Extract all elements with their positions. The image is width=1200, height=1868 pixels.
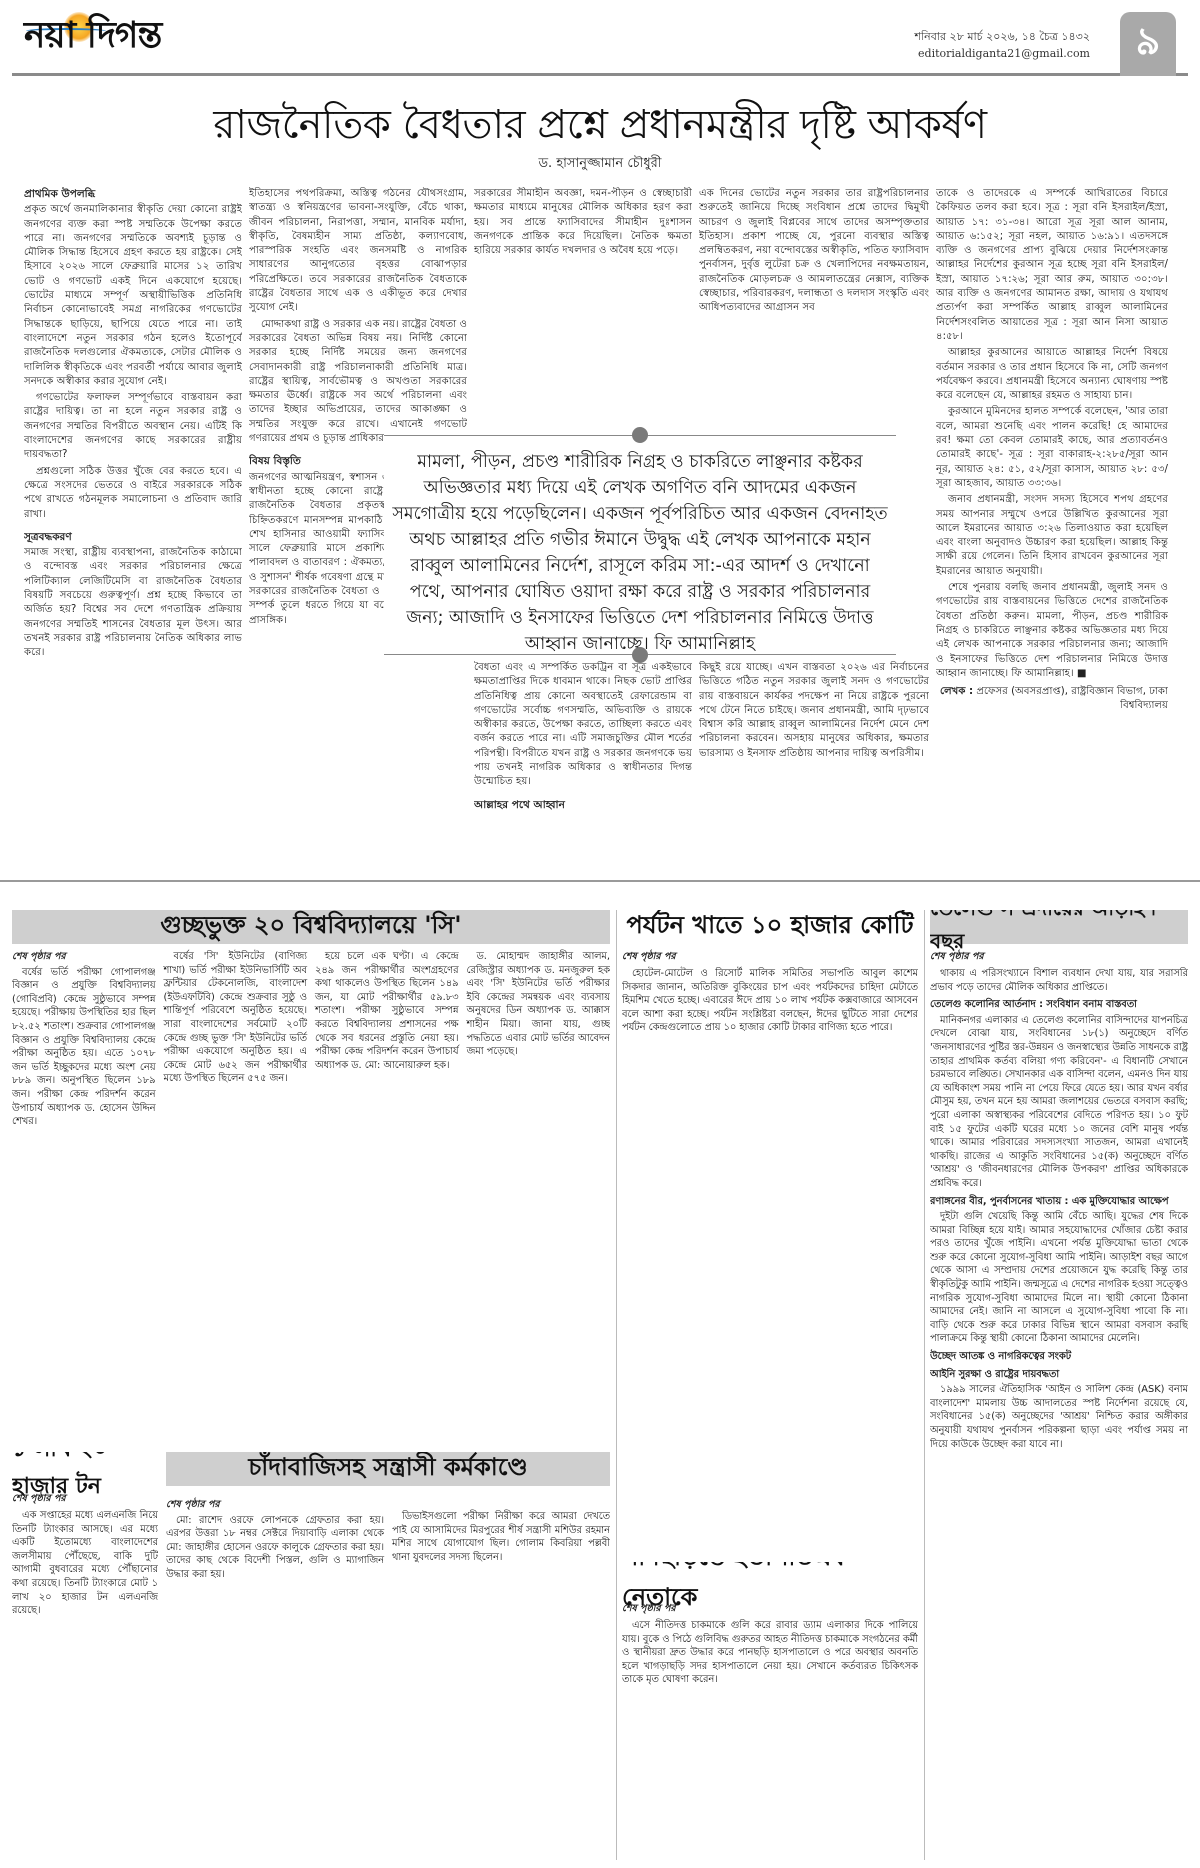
section-heading: সূত্রবদ্ধকরণ (24, 530, 242, 544)
article-column-3-top: সরকারের সীমাহীন অবজ্ঞা, দমন-পীড়ন ও স্বে… (474, 187, 692, 417)
story-telugu[interactable]: তেলেগু সম্প্রদায়ের আড়াইশ বছর শেষ পৃষ্ঠ… (930, 910, 1188, 1850)
pull-quote-text: মামলা, পীড়ন, প্রচণ্ড শারীরিক নিগ্রহ ও চ… (390, 449, 890, 657)
newspaper-page: নয়া দিগন্ত শনিবার ২৮ মার্চ ২০২৬, ১৪ চৈত… (0, 0, 1200, 1868)
main-article: প্রাথমিক উপলব্ধি প্রকৃত অর্থে জনমালিকানা… (12, 187, 1188, 922)
article-headline: রাজনৈতিক বৈধতার প্রশ্নে প্রধানমন্ত্রীর দ… (12, 100, 1188, 150)
story-updf[interactable]: পানছড়িতে ইউপিডিএফ নেতাকে শেষ পৃষ্ঠার পর… (622, 1562, 918, 1862)
bullet-dot-icon (632, 427, 648, 443)
story-headline: গুচ্ছভুক্ত ২০ বিশ্ববিদ্যালয়ে 'সি' (12, 910, 610, 944)
continued-label: শেষ পৃষ্ঠার পর (622, 950, 918, 965)
story-subheading: তেলেগু কলোনির আর্তনাদ : সংবিধান বনাম বাস… (930, 998, 1188, 1012)
newspaper-logo[interactable]: নয়া দিগন্ত (24, 18, 161, 54)
story-headline: ১ লাখ ২০ হাজার টন (12, 1452, 158, 1486)
issue-date: শনিবার ২৮ মার্চ ২০২৬, ১৪ চৈত্র ১৪৩২ (914, 28, 1090, 45)
story-headline: পর্যটন খাতে ১০ হাজার কোটি (622, 910, 918, 944)
section-heading: আল্লাহর পথে আহ্বান (474, 798, 692, 812)
story-universities[interactable]: গুচ্ছভুক্ত ২০ বিশ্ববিদ্যালয়ে 'সি' শেষ প… (12, 910, 610, 1440)
author-note: লেখক : প্রফেসর (অবসরপ্রাপ্ত), রাষ্ট্রবিজ… (936, 685, 1168, 714)
editorial-email[interactable]: editorialdiganta21@gmail.com (914, 45, 1090, 62)
pull-quote: মামলা, পীড়ন, প্রচণ্ড শারীরিক নিগ্রহ ও চ… (384, 427, 896, 659)
article-column-4-top: এক দিনের ভোটের নতুন সরকার তার রাষ্ট্রপরি… (699, 187, 929, 417)
column-divider (924, 910, 925, 1860)
column-divider (616, 910, 617, 1860)
story-headline: পানছড়িতে ইউপিডিএফ নেতাকে (622, 1562, 918, 1596)
story-extortion[interactable]: চাঁদাবাজিসহ সন্ত্রাসী কর্মকাণ্ডে শেষ পৃষ… (166, 1452, 610, 1868)
story-subheading: রণাঙ্গনের বীর, পুনর্বাসনের খাতায় : এক ম… (930, 1195, 1188, 1209)
article-column-5: তাকে ও তাদেরকে এ সম্পর্কে আখিরাতের বিচার… (936, 187, 1168, 922)
section-heading: প্রাথমিক উপলব্ধি (24, 187, 242, 201)
story-headline: তেলেগু সম্প্রদায়ের আড়াইশ বছর (930, 910, 1188, 944)
story-tourism[interactable]: পর্যটন খাতে ১০ হাজার কোটি শেষ পৃষ্ঠার পর… (622, 910, 918, 1550)
issue-meta: শনিবার ২৮ মার্চ ২০২৬, ১৪ চৈত্র ১৪৩২ edit… (914, 28, 1090, 62)
story-subheading: উচ্ছেদ আতঙ্ক ও নাগরিকত্বের সংকট (930, 1350, 1188, 1364)
page-number-badge: ৯ (1120, 12, 1176, 76)
continued-label: শেষ পৃষ্ঠার পর (12, 950, 156, 964)
masthead: নয়া দিগন্ত শনিবার ২৮ মার্চ ২০২৬, ১৪ চৈত… (12, 0, 1188, 76)
article-column-4-bottom: কিছুই রয়ে যাচ্ছে। এখন বাস্তবতা ২০২৬ এর … (699, 661, 929, 911)
logo-text: নয়া দিগন্ত (24, 18, 161, 54)
story-subheading: আইনি সুরক্ষা ও রাষ্ট্রের দায়বদ্ধতা (930, 1368, 1188, 1382)
story-headline: চাঁদাবাজিসহ সন্ত্রাসী কর্মকাণ্ডে (166, 1452, 610, 1486)
story-lng[interactable]: ১ লাখ ২০ হাজার টন শেষ পৃষ্ঠার পর এক সপ্ত… (12, 1452, 158, 1868)
article-byline: ড. হাসানুজ্জামান চৌধুরী (12, 154, 1188, 175)
continued-label: শেষ পৃষ্ঠার পর (166, 1498, 384, 1512)
article-column-1: প্রাথমিক উপলব্ধি প্রকৃত অর্থে জনমালিকানা… (24, 187, 242, 922)
article-column-3-bottom: বৈধতা এবং এ সম্পর্কিত ডকট্রিন বা সূত্র এ… (474, 661, 692, 911)
section-divider (0, 880, 1200, 882)
